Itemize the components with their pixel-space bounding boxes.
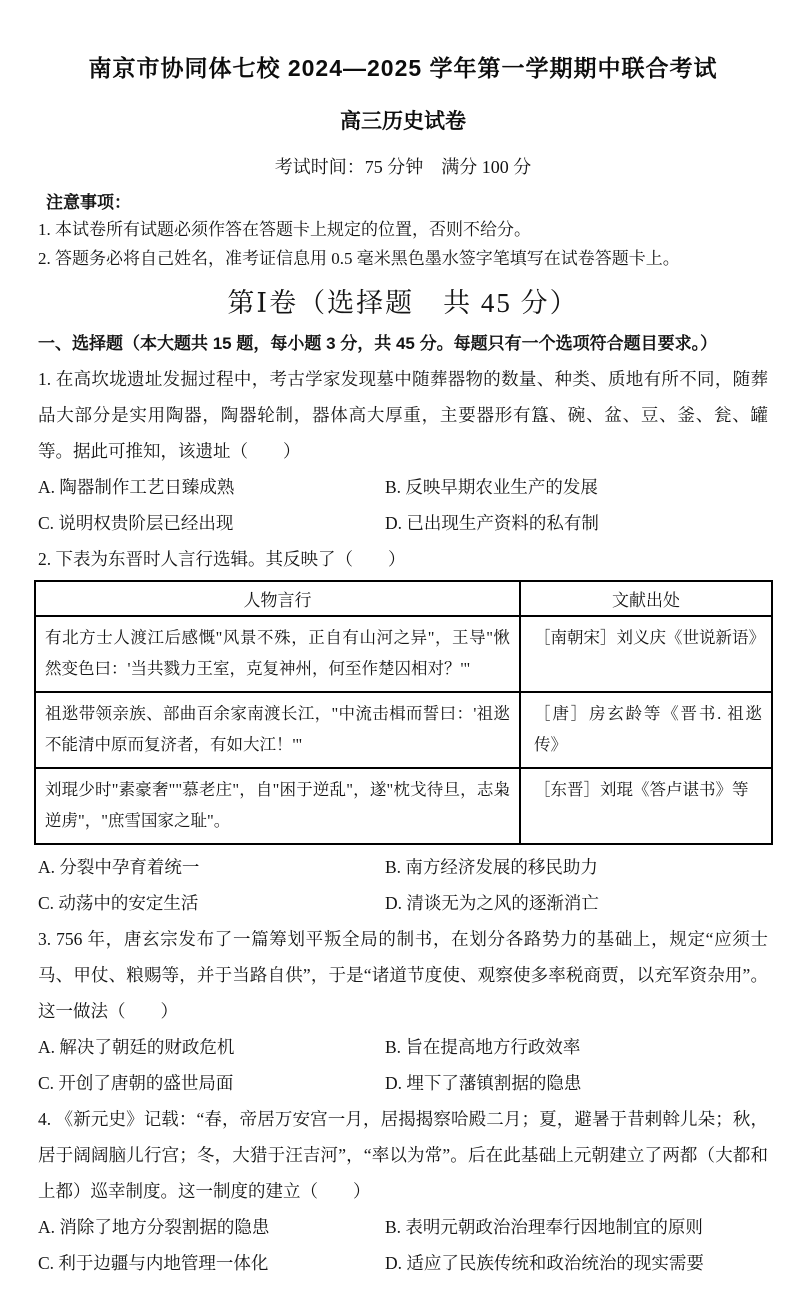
- exam-paper: 南京市协同体七校 2024—2025 学年第一学期期中联合考试 高三历史试卷 考…: [0, 0, 800, 1281]
- question-4-stem: 4. 《新元史》记载：“春，帝居万安宫一月，居揭揭察哈殿二月；夏，避暑于昔剌斡儿…: [38, 1101, 768, 1209]
- question-2-option-b: B. 南方经济发展的移民助力: [385, 849, 768, 885]
- question-2: 2. 下表为东晋时人言行选辑。其反映了（ ） 人物言行 文献出处 有北方士人渡江…: [38, 541, 768, 921]
- page-subtitle: 高三历史试卷: [38, 105, 768, 135]
- table-row: 祖逖带领亲族、部曲百余家南渡长江，"中流击楫而誓曰：'祖逖不能清中原而复济者，有…: [35, 692, 772, 768]
- table-cell-speech-3: 刘琨少时"素豪奢""慕老庄"，自"困于逆乱"，遂"枕戈待旦，志枭逆虏"，"庶雪国…: [35, 768, 520, 844]
- page-title: 南京市协同体七校 2024—2025 学年第一学期期中联合考试: [38, 50, 768, 83]
- part-1-heading: 一、选择题（本大题共 15 题，每小题 3 分，共 45 分。每题只有一个选项符…: [38, 331, 768, 357]
- notice-heading: 注意事项：: [38, 191, 768, 215]
- question-1-option-b: B. 反映早期农业生产的发展: [385, 469, 768, 505]
- question-3-option-d: D. 埋下了藩镇割据的隐患: [385, 1065, 768, 1101]
- table-row: 有北方士人渡江后感慨"风景不殊，正自有山河之异"，王导"愀然变色曰：'当共戮力王…: [35, 616, 772, 692]
- question-1-option-d: D. 已出现生产资料的私有制: [385, 505, 768, 541]
- section-1-heading: 第Ⅰ卷（选择题 共 45 分）: [38, 285, 768, 321]
- exam-info: 考试时间：75 分钟 满分 100 分: [38, 153, 768, 179]
- question-4-option-b: B. 表明元朝政治治理奉行因地制宜的原则: [385, 1209, 768, 1245]
- table-cell-source-1: ［南朝宋］刘义庆《世说新语》: [520, 616, 772, 692]
- question-4-option-d: D. 适应了民族传统和政治统治的现实需要: [385, 1245, 768, 1281]
- question-1: 1. 在高坎垅遗址发掘过程中，考古学家发现墓中随葬器物的数量、种类、质地有所不同…: [38, 361, 768, 541]
- question-2-option-a: A. 分裂中孕育着统一: [38, 849, 385, 885]
- question-4: 4. 《新元史》记载：“春，帝居万安宫一月，居揭揭察哈殿二月；夏，避暑于昔剌斡儿…: [38, 1101, 768, 1281]
- question-4-options: A. 消除了地方分裂割据的隐患 B. 表明元朝政治治理奉行因地制宜的原则 C. …: [38, 1209, 768, 1281]
- table-header-speech: 人物言行: [35, 581, 520, 616]
- question-3-option-b: B. 旨在提高地方行政效率: [385, 1029, 768, 1065]
- question-3-stem: 3. 756 年，唐玄宗发布了一篇筹划平叛全局的制书，在划分各路势力的基础上，规…: [38, 921, 768, 1029]
- table-cell-speech-1: 有北方士人渡江后感慨"风景不殊，正自有山河之异"，王导"愀然变色曰：'当共戮力王…: [35, 616, 520, 692]
- table-header-source: 文献出处: [520, 581, 772, 616]
- table-cell-speech-2: 祖逖带领亲族、部曲百余家南渡长江，"中流击楫而誓曰：'祖逖不能清中原而复济者，有…: [35, 692, 520, 768]
- notice-block: 注意事项： 1. 本试卷所有试题必须作答在答题卡上规定的位置，否则不给分。 2.…: [38, 191, 768, 273]
- table-cell-source-2: ［唐］房玄龄等《晋书. 祖逖传》: [520, 692, 772, 768]
- table-row: 刘琨少时"素豪奢""慕老庄"，自"困于逆乱"，遂"枕戈待旦，志枭逆虏"，"庶雪国…: [35, 768, 772, 844]
- question-4-option-a: A. 消除了地方分裂割据的隐患: [38, 1209, 385, 1245]
- question-2-table: 人物言行 文献出处 有北方士人渡江后感慨"风景不殊，正自有山河之异"，王导"愀然…: [34, 580, 773, 845]
- question-4-option-c: C. 利于边疆与内地管理一体化: [38, 1245, 385, 1281]
- table-header-row: 人物言行 文献出处: [35, 581, 772, 616]
- question-2-option-d: D. 清谈无为之风的逐渐消亡: [385, 885, 768, 921]
- question-3-option-c: C. 开创了唐朝的盛世局面: [38, 1065, 385, 1101]
- question-1-options: A. 陶器制作工艺日臻成熟 B. 反映早期农业生产的发展 C. 说明权贵阶层已经…: [38, 469, 768, 541]
- question-3-options: A. 解决了朝廷的财政危机 B. 旨在提高地方行政效率 C. 开创了唐朝的盛世局…: [38, 1029, 768, 1101]
- question-1-option-c: C. 说明权贵阶层已经出现: [38, 505, 385, 541]
- question-2-stem: 2. 下表为东晋时人言行选辑。其反映了（ ）: [38, 541, 768, 577]
- question-2-options: A. 分裂中孕育着统一 B. 南方经济发展的移民助力 C. 动荡中的安定生活 D…: [38, 849, 768, 921]
- question-3-option-a: A. 解决了朝廷的财政危机: [38, 1029, 385, 1065]
- table-cell-source-3: ［东晋］刘琨《答卢谌书》等: [520, 768, 772, 844]
- question-2-option-c: C. 动荡中的安定生活: [38, 885, 385, 921]
- question-1-option-a: A. 陶器制作工艺日臻成熟: [38, 469, 385, 505]
- notice-item-2: 2. 答题务必将自己姓名，准考证信息用 0.5 毫米黑色墨水签字笔填写在试卷答题…: [38, 244, 768, 273]
- notice-item-1: 1. 本试卷所有试题必须作答在答题卡上规定的位置，否则不给分。: [38, 215, 768, 244]
- question-3: 3. 756 年，唐玄宗发布了一篇筹划平叛全局的制书，在划分各路势力的基础上，规…: [38, 921, 768, 1101]
- question-1-stem: 1. 在高坎垅遗址发掘过程中，考古学家发现墓中随葬器物的数量、种类、质地有所不同…: [38, 361, 768, 469]
